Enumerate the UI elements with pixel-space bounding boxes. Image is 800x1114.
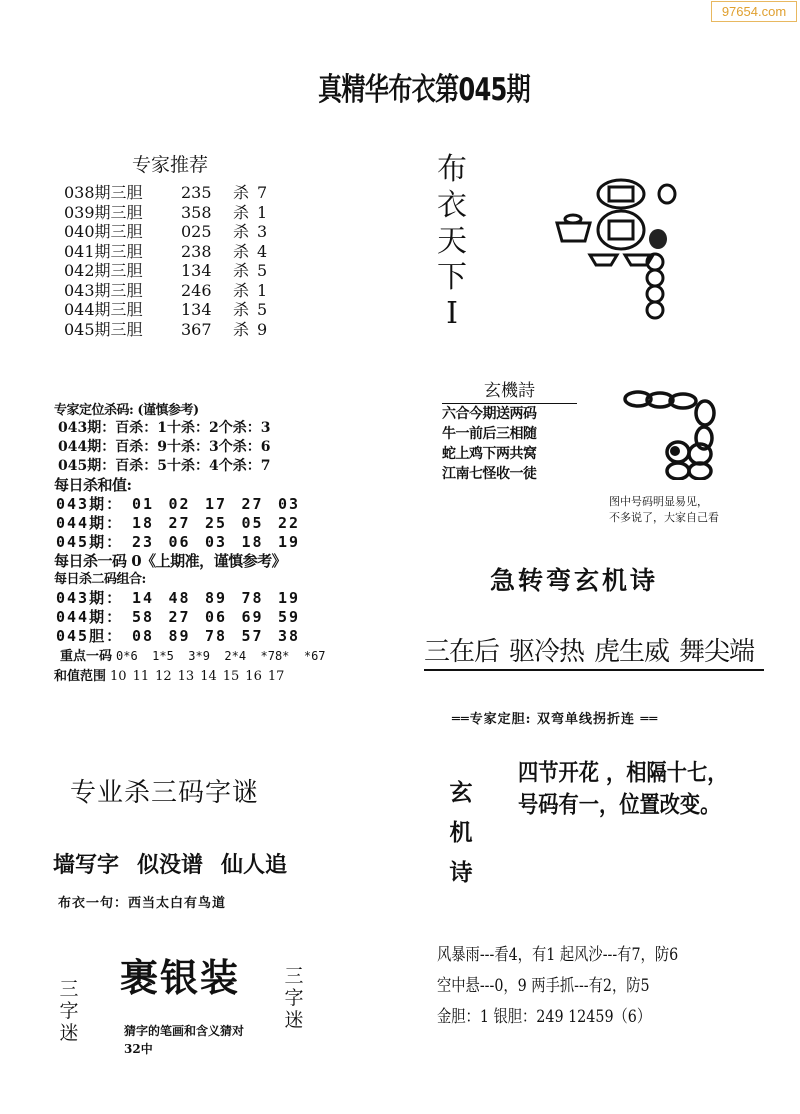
two-combo-row-value: 57 (242, 627, 279, 646)
riddle-side-label-right: 三字迷 (282, 965, 306, 1031)
sum-kill-row: 043期：0102172703 (54, 495, 326, 514)
sum-range-value: 14 (200, 669, 217, 684)
hints-block: 风暴雨---看4，有1 起风沙---有7，防6 空中悬---0，9 两手抓---… (437, 940, 678, 1033)
recommend-kill-label: 杀 (233, 203, 257, 223)
recommend-period: 041期三胆 (64, 242, 181, 262)
positional-kill-row: 045期：百杀：5十杀：4个杀：7 (54, 457, 326, 476)
recommend-period: 040期三胆 (64, 222, 181, 242)
daily-two-combo-heading: 每日杀二码组合: (54, 571, 326, 589)
recommend-dan: 235 (181, 183, 233, 203)
buyi-one-line: 布衣一句：西当太白有鸟道 (58, 892, 226, 911)
expert-recommend-list: 038期三胆235杀7039期三胆358杀1040期三胆025杀3041期三胆2… (64, 183, 267, 339)
two-combo-row-period: 043期： (56, 589, 132, 608)
vertical-title-char: 衣 (434, 188, 470, 224)
recommend-period: 045期三胆 (64, 320, 181, 340)
recommend-kill-label: 杀 (233, 222, 257, 242)
recommend-period: 043期三胆 (64, 281, 181, 301)
sum-range-value: 15 (223, 669, 240, 684)
positional-kill-heading: 专家定位杀码: (谨慎参考) (54, 402, 326, 419)
recommend-dan: 134 (181, 261, 233, 281)
riddle-heading: 专业杀三码字谜 (70, 772, 259, 809)
sum-kill-row-period: 044期： (56, 514, 132, 533)
recommend-kill: 4 (257, 242, 267, 262)
recommend-row: 038期三胆235杀7 (64, 183, 267, 203)
riddle-phrase: 仙人追 (221, 853, 287, 878)
key-code-row: 重点一码0*6 1*5 3*9 2*4 *78* *67 (54, 646, 326, 667)
recommend-period: 044期三胆 (64, 300, 181, 320)
hint-line: 风暴雨---看4，有1 起风沙---有7，防6 (437, 940, 678, 971)
two-combo-row: 043期：1448897819 (54, 589, 326, 608)
recommend-kill: 3 (257, 222, 267, 242)
xuanji-poem-line: 六合今期送两码 (442, 404, 577, 424)
sum-kill-row-value: 17 (205, 495, 242, 514)
xuanji-label-char: 诗 (446, 853, 476, 893)
sum-kill-row: 045期：2306031819 (54, 533, 326, 552)
xuanji-poem-line: 蛇上鸡下两共窝 (442, 444, 577, 464)
sum-kill-row-value: 19 (278, 533, 315, 552)
two-combo-row-value: 89 (205, 589, 242, 608)
two-combo-row-value: 08 (132, 627, 169, 646)
buyi-tianxia-vertical-title: 布衣天下I (434, 152, 470, 332)
expert-dan-line: ══专家定胆: 双弯单线拐折连 ══ (452, 708, 658, 727)
two-combo-row: 045胆：0889785738 (54, 627, 326, 646)
riddle-side-char: 三 (282, 965, 306, 987)
sum-kill-row-value: 25 (205, 514, 242, 533)
xuanji-poem-line: 四节开花 ，相隔十七， (518, 757, 727, 789)
two-combo-row-value: 27 (169, 608, 206, 627)
sum-kill-row-value: 05 (242, 514, 279, 533)
recommend-kill-label: 杀 (233, 183, 257, 203)
key-code-label: 重点一码 (60, 649, 112, 664)
sharp-turn-phrase: 三在后 (424, 637, 499, 667)
coins-ingots-illustration (545, 175, 695, 325)
two-combo-row-value: 59 (278, 608, 315, 627)
watermark: 97654.com (711, 1, 797, 22)
sum-range-row: 和值范围1011121314151617 (54, 667, 326, 687)
xuanji-poem-text: 四节开花 ，相隔十七， 号码有一，位置改变。 (518, 757, 727, 821)
two-combo-row-period: 044期： (56, 608, 132, 627)
recommend-dan: 025 (181, 222, 233, 242)
sum-kill-row-period: 043期： (56, 495, 132, 514)
riddle-side-char: 字 (57, 1000, 81, 1022)
recommend-dan: 367 (181, 320, 233, 340)
recommend-kill: 1 (257, 203, 267, 223)
riddle-hint: 猜字的笔画和含义猜对32中 (124, 1022, 254, 1058)
xuanji-poem-vertical-label: 玄机诗 (446, 773, 476, 893)
figure-caption-line: 不多说了，大家自己看 (609, 510, 719, 526)
xuanji-poem-box: 玄機詩 六合今期送两码 牛一前后三相随 蛇上鸡下两共窝 江南七怪收一徒 (442, 380, 577, 484)
two-combo-row-value: 38 (278, 627, 315, 646)
sum-kill-row-period: 045期： (56, 533, 132, 552)
sum-kill-row-value: 23 (132, 533, 169, 552)
key-code-values: 0*6 1*5 3*9 2*4 *78* *67 (116, 649, 326, 663)
riddle-side-char: 迷 (282, 1009, 306, 1031)
recommend-kill: 9 (257, 320, 267, 340)
sharp-turn-phrase: 驱冷热 (509, 637, 584, 667)
vertical-title-char: 布 (434, 152, 470, 188)
recommend-kill-label: 杀 (233, 320, 257, 340)
recommend-row: 041期三胆238杀4 (64, 242, 267, 262)
recommend-row: 042期三胆134杀5 (64, 261, 267, 281)
sum-range-value: 16 (245, 669, 262, 684)
recommend-row: 039期三胆358杀1 (64, 203, 267, 223)
positional-kill-row: 043期：百杀：1十杀：2个杀：3 (54, 419, 326, 438)
vertical-title-char: I (434, 296, 470, 332)
daily-sum-kill-heading: 每日杀和值: (54, 476, 326, 495)
sum-kill-row: 044期：1827250522 (54, 514, 326, 533)
daily-sum-kill-rows: 043期：0102172703044期：1827250522045期：23060… (54, 495, 326, 552)
xuanji-label-char: 机 (446, 813, 476, 853)
chain-rings-illustration (620, 385, 730, 480)
page-title: 真精华布衣第045期 (318, 64, 530, 109)
two-combo-row-value: 06 (205, 608, 242, 627)
recommend-kill-label: 杀 (233, 300, 257, 320)
sum-kill-row-value: 18 (132, 514, 169, 533)
recommend-row: 040期三胆025杀3 (64, 222, 267, 242)
recommend-kill-label: 杀 (233, 242, 257, 262)
recommend-period: 039期三胆 (64, 203, 181, 223)
sum-range-values: 1011121314151617 (110, 669, 290, 684)
two-combo-row-value: 14 (132, 589, 169, 608)
sum-range-value: 10 (110, 669, 127, 684)
hint-line: 金胆：1 银胆：249 12459（6） (437, 1002, 678, 1033)
recommend-period: 042期三胆 (64, 261, 181, 281)
riddle-word: 裹银装 (120, 947, 240, 1002)
recommend-kill: 5 (257, 300, 267, 320)
sum-range-label: 和值范围 (54, 669, 106, 684)
recommend-row: 045期三胆367杀9 (64, 320, 267, 340)
xuanji-poem-box-heading: 玄機詩 (442, 380, 577, 404)
two-combo-row-value: 58 (132, 608, 169, 627)
sum-kill-row-value: 03 (205, 533, 242, 552)
sum-kill-row-value: 01 (132, 495, 169, 514)
sum-kill-row-value: 27 (169, 514, 206, 533)
positional-kill-row: 044期：百杀：9十杀：3个杀：6 (54, 438, 326, 457)
xuanji-poem-line: 号码有一，位置改变。 (518, 789, 727, 821)
recommend-period: 038期三胆 (64, 183, 181, 203)
sharp-turn-phrase: 虎生威 (594, 637, 669, 667)
riddle-phrase: 似没谱 (137, 853, 203, 878)
recommend-kill: 5 (257, 261, 267, 281)
expert-recommend-heading: 专家推荐 (132, 150, 208, 177)
recommend-kill: 7 (257, 183, 267, 203)
sum-range-value: 12 (155, 669, 172, 684)
kill-code-block: 专家定位杀码: (谨慎参考) 043期：百杀：1十杀：2个杀：3 044期：百杀… (54, 402, 326, 687)
two-combo-row-value: 78 (205, 627, 242, 646)
two-combo-row-period: 045胆： (56, 627, 132, 646)
sharp-turn-phrases: 三在后驱冷热虎生威舞尖端 (424, 635, 764, 671)
recommend-dan: 246 (181, 281, 233, 301)
recommend-dan: 134 (181, 300, 233, 320)
recommend-row: 044期三胆134杀5 (64, 300, 267, 320)
sum-kill-row-value: 02 (169, 495, 206, 514)
sharp-turn-phrase: 舞尖端 (679, 637, 754, 667)
sum-kill-row-value: 27 (242, 495, 279, 514)
two-combo-row: 044期：5827066959 (54, 608, 326, 627)
recommend-row: 043期三胆246杀1 (64, 281, 267, 301)
sum-kill-row-value: 06 (169, 533, 206, 552)
riddle-phrases: 墙写字似没谱仙人追 (53, 848, 305, 879)
sum-range-value: 11 (133, 669, 150, 684)
sum-range-value: 13 (178, 669, 195, 684)
sharp-turn-heading: 急转弯玄机诗 (490, 561, 658, 597)
recommend-kill: 1 (257, 281, 267, 301)
two-combo-row-value: 48 (169, 589, 206, 608)
sum-kill-row-value: 22 (278, 514, 315, 533)
riddle-side-label-left: 三字迷 (57, 978, 81, 1044)
riddle-phrase: 墙写字 (53, 853, 119, 878)
vertical-title-char: 下 (434, 260, 470, 296)
daily-two-combo-rows: 043期：1448897819044期：5827066959045胆：08897… (54, 589, 326, 646)
xuanji-poem-line: 江南七怪收一徒 (442, 464, 577, 484)
recommend-kill-label: 杀 (233, 281, 257, 301)
riddle-side-char: 迷 (57, 1022, 81, 1044)
figure-caption-line: 图中号码明显易见， (609, 494, 719, 510)
xuanji-poem-line: 牛一前后三相随 (442, 424, 577, 444)
two-combo-row-value: 78 (242, 589, 279, 608)
two-combo-row-value: 89 (169, 627, 206, 646)
daily-one-kill: 每日杀一码 0《上期准，谨慎参考》 (54, 552, 326, 571)
figure-caption: 图中号码明显易见， 不多说了，大家自己看 (609, 494, 719, 526)
sum-range-value: 17 (268, 669, 285, 684)
two-combo-row-value: 19 (278, 589, 315, 608)
recommend-kill-label: 杀 (233, 261, 257, 281)
recommend-dan: 358 (181, 203, 233, 223)
sum-kill-row-value: 18 (242, 533, 279, 552)
recommend-dan: 238 (181, 242, 233, 262)
sum-kill-row-value: 03 (278, 495, 315, 514)
vertical-title-char: 天 (434, 224, 470, 260)
hint-line: 空中悬---0，9 两手抓---有2，防5 (437, 971, 678, 1002)
riddle-side-char: 字 (282, 987, 306, 1009)
xuanji-label-char: 玄 (446, 773, 476, 813)
two-combo-row-value: 69 (242, 608, 279, 627)
riddle-side-char: 三 (57, 978, 81, 1000)
